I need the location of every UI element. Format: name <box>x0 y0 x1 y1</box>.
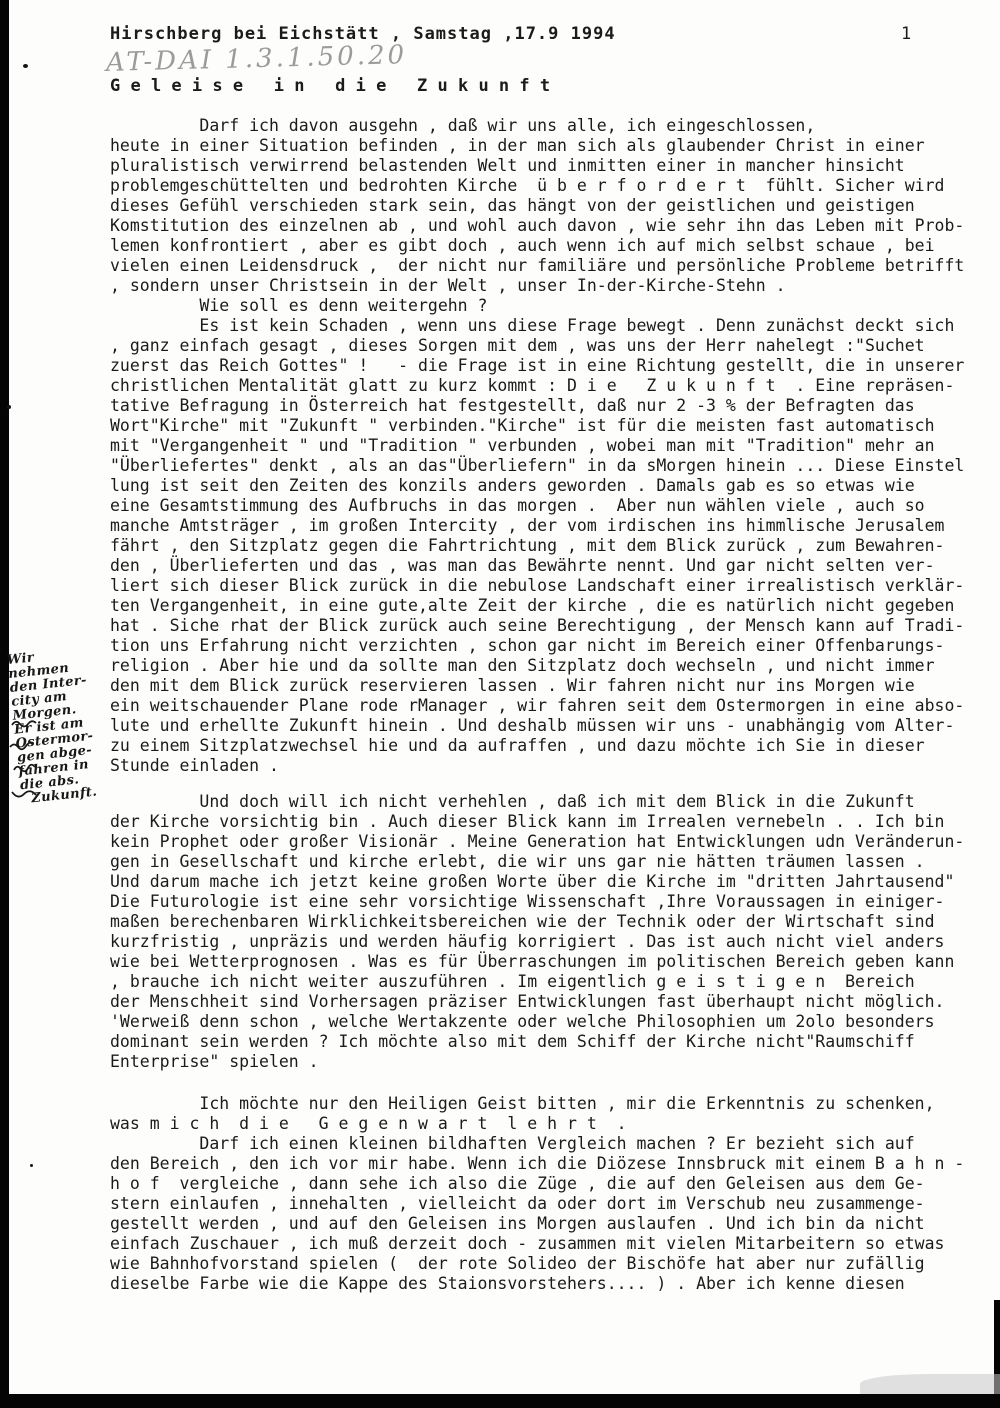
scan-speck <box>23 64 28 68</box>
margin-flourish-icon <box>10 718 40 730</box>
paragraph-1: Darf ich davon ausgehn , daß wir uns all… <box>110 116 992 776</box>
page-number: 1 <box>901 24 911 44</box>
margin-flourish-icon <box>10 788 40 802</box>
scan-speck <box>30 1164 33 1167</box>
handwritten-archive-number: AT-DAI 1.3.1.50.20 <box>106 40 408 78</box>
paragraph-3: Ich möchte nur den Heiligen Geist bitten… <box>110 1094 992 1294</box>
document-body: Darf ich davon ausgehn , daß wir uns all… <box>110 116 992 1294</box>
scan-border-left <box>0 0 9 1408</box>
page-title: G e l e i s e i n d i e Z u k u n f t <box>110 76 550 96</box>
margin-flourish-icon <box>8 740 36 752</box>
margin-flourish-icon <box>12 762 38 774</box>
page-curl-shadow <box>860 1374 1000 1394</box>
paragraph-2: Und doch will ich nicht verhehlen , daß … <box>110 792 992 1072</box>
scan-speck <box>7 405 11 409</box>
scan-border-bottom <box>0 1394 1000 1408</box>
